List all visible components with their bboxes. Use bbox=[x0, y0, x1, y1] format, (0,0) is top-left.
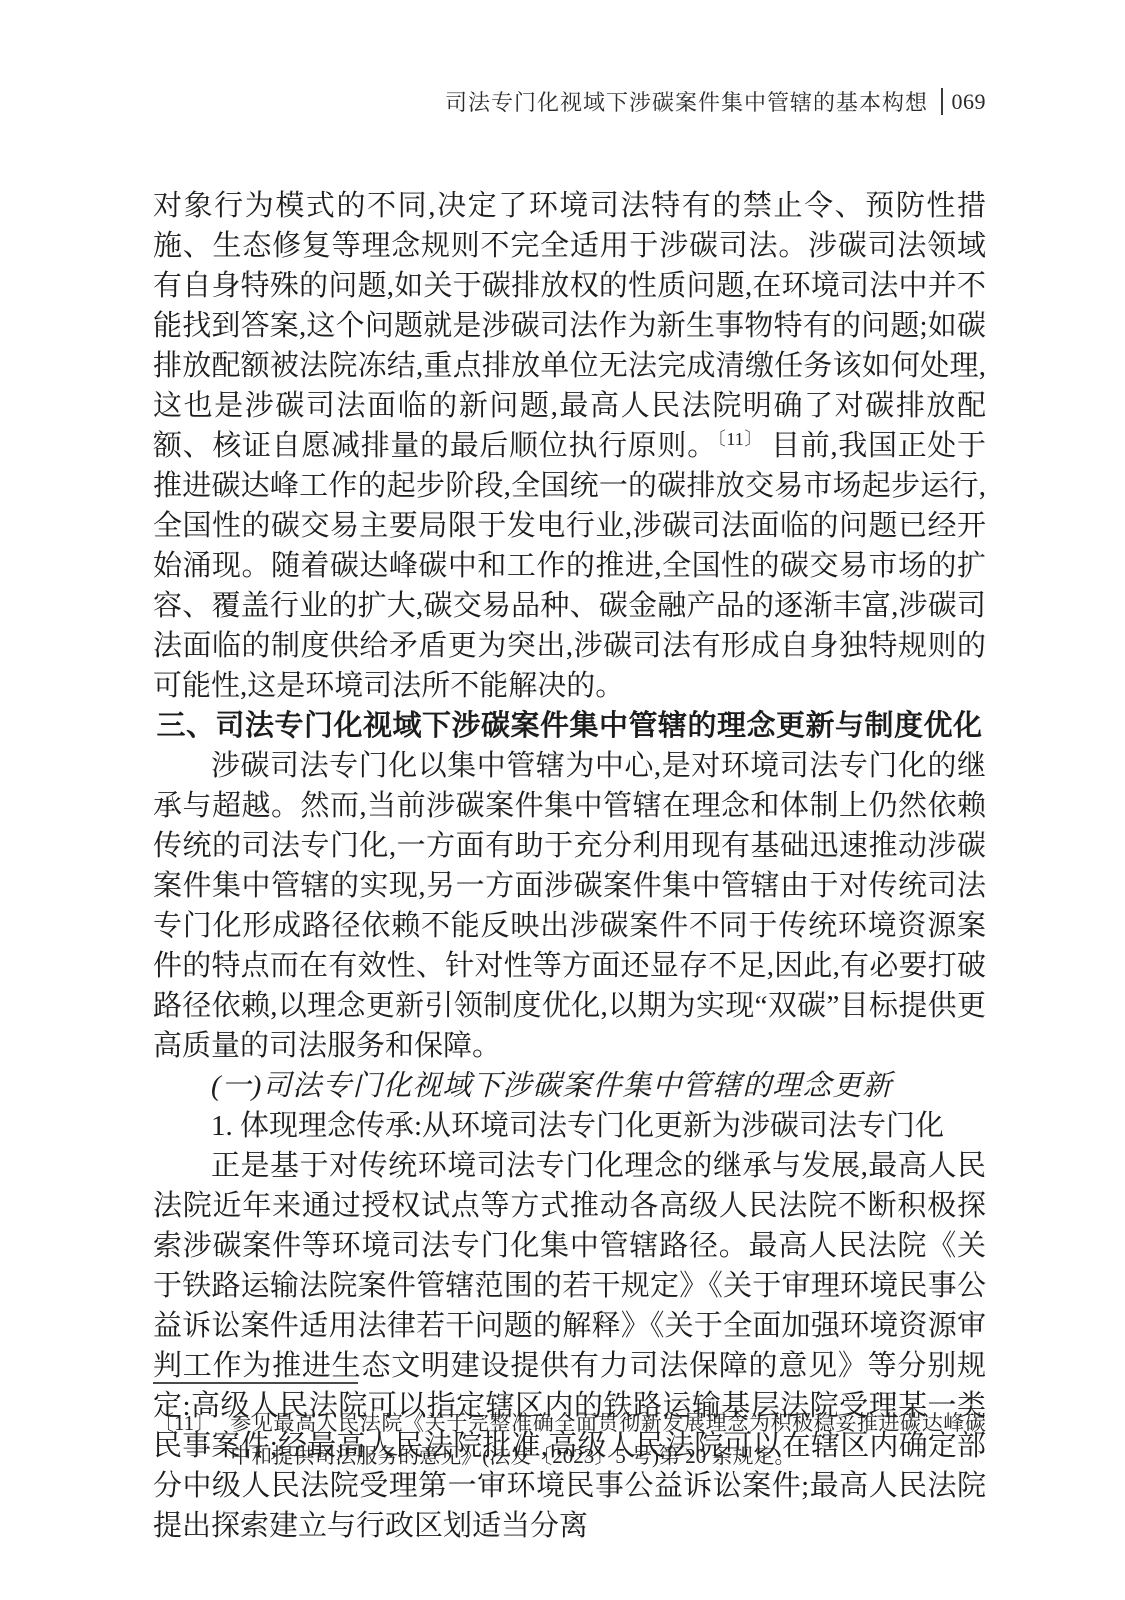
paragraph-text: 对象行为模式的不同,决定了环境司法特有的禁止令、预防性措施、生态修复等理念规则不… bbox=[153, 190, 986, 462]
paragraph: 正是基于对传统环境司法专门化理念的继承与发展,最高人民法院近年来通过授权试点等方… bbox=[153, 1146, 986, 1546]
footnote-marker: 〔11〕 bbox=[153, 1407, 215, 1440]
footnote-ref-11[interactable]: 〔11〕 bbox=[717, 429, 763, 449]
paragraph: 涉碳司法专门化以集中管辖为中心,是对环境司法专门化的继承与超越。然而,当前涉碳案… bbox=[153, 746, 986, 1066]
subsection-heading: (一)司法专门化视域下涉碳案件集中管辖的理念更新 bbox=[153, 1066, 986, 1106]
footnote-11: 〔11〕 参见最高人民法院《关于完整准确全面贯彻新发展理念为积极稳妥推进碳达峰碳… bbox=[153, 1407, 986, 1473]
paragraph-text: 目前,我国正处于推进碳达峰工作的起步阶段,全国统一的碳排放交易市场起步运行,全国… bbox=[153, 430, 986, 702]
footnote-text: 参见最高人民法院《关于完整准确全面贯彻新发展理念为积极稳妥推进碳达峰碳中和提供司… bbox=[230, 1407, 986, 1473]
paragraph-continuation: 对象行为模式的不同,决定了环境司法特有的禁止令、预防性措施、生态修复等理念规则不… bbox=[153, 186, 986, 706]
page-body: 对象行为模式的不同,决定了环境司法特有的禁止令、预防性措施、生态修复等理念规则不… bbox=[153, 186, 986, 1546]
page-number: 069 bbox=[952, 89, 987, 115]
header-divider bbox=[941, 88, 943, 115]
running-title: 司法专门化视域下涉碳案件集中管辖的基本构想 bbox=[445, 86, 928, 117]
section-heading: 三、司法专门化视域下涉碳案件集中管辖的理念更新与制度优化 bbox=[153, 706, 986, 746]
footnote-area: 〔11〕 参见最高人民法院《关于完整准确全面贯彻新发展理念为积极稳妥推进碳达峰碳… bbox=[153, 1382, 986, 1473]
document-page: 司法专门化视域下涉碳案件集中管辖的基本构想 069 对象行为模式的不同,决定了环… bbox=[0, 0, 1125, 1600]
footnote-separator bbox=[153, 1382, 358, 1384]
point-heading: 1. 体现理念传承:从环境司法专门化更新为涉碳司法专门化 bbox=[153, 1106, 986, 1146]
page-header: 司法专门化视域下涉碳案件集中管辖的基本构想 069 bbox=[153, 86, 986, 117]
